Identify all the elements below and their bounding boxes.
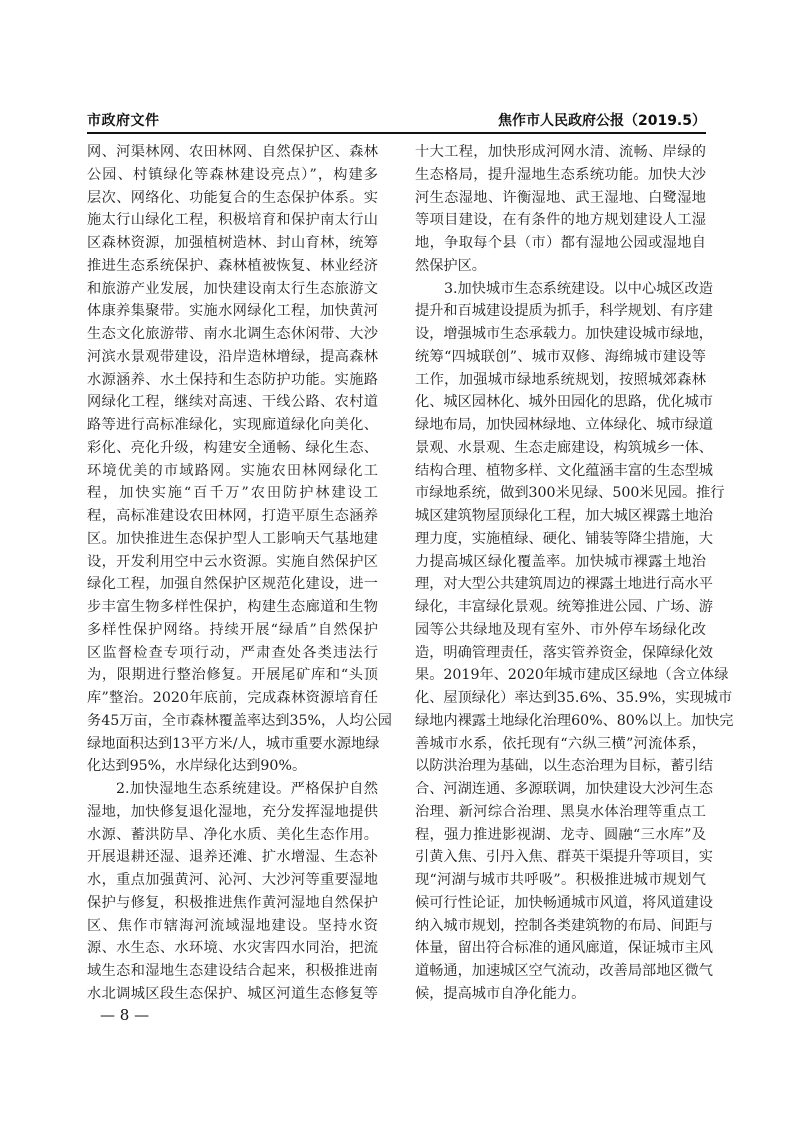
text-line: 湿地，加快修复退化湿地，充分发挥湿地提供: [87, 801, 378, 824]
text-line: 务45万亩，全市森林覆盖率达到35%，人均公园: [87, 710, 378, 733]
text-line: 水源、蓄洪防旱、净化水质、美化生态作用。: [87, 824, 378, 847]
text-line: 环境优美的市域路网。实施农田林网绿化工: [87, 460, 378, 483]
text-line: 化、城区园林化、城外田园化的思路，优化城市: [415, 391, 706, 414]
right-text-column: 十大工程，加快形成河网水清、流畅、岸绿的生态格局，提升湿地生态系统功能。加快大沙…: [415, 141, 706, 1006]
text-line: 多样性保护网络。持续开展“绿盾”自然保护: [87, 619, 378, 642]
text-line: 统筹“四城联创”、城市双修、海绵城市建设等: [415, 346, 706, 369]
page-number: — 8 —: [100, 1006, 149, 1024]
text-line: 候，提高城市自净化能力。: [415, 983, 706, 1006]
text-line: 理，对大型公共建筑周边的裸露土地进行高水平: [415, 573, 706, 596]
text-line: 区、焦作市辖海河流域湿地建设。坚持水资: [87, 915, 378, 938]
text-line: 引黄入焦、引丹入焦、群英干渠提升等项目，实: [415, 846, 706, 869]
text-line: 等项目建设，在有条件的地方规划建设人工湿: [415, 209, 706, 232]
text-line: 水源涵养、水土保持和生态防护功能。实施路: [87, 369, 378, 392]
text-line: 开展退耕还湿、退养还滩、扩水增湿、生态补: [87, 846, 378, 869]
text-line: 步丰富生物多样性保护，构建生态廊道和生物: [87, 596, 378, 619]
text-line: 推进生态系统保护、森林植被恢复、林业经济: [87, 255, 378, 278]
text-line: 区森林资源，加强植树造林、封山育林，统筹: [87, 232, 378, 255]
text-line: 然保护区。: [415, 255, 706, 278]
text-line: 纳入城市规划，控制各类建筑物的布局、间距与: [415, 915, 706, 938]
text-line: 提升和百城建设提质为抓手，科学规划、有序建: [415, 300, 706, 323]
text-line: 造，明确管理责任，落实管养资金，保障绿化效: [415, 642, 706, 665]
text-line: 化达到95%，水岸绿化达到90%。: [87, 755, 378, 778]
text-line: 域生态和湿地生态建设结合起来，积极推进南: [87, 960, 378, 983]
text-line: 治理、新河综合治理、黑臭水体治理等重点工: [415, 801, 706, 824]
text-line: 以防洪治理为基础，以生态治理为目标，蓄引结: [415, 755, 706, 778]
text-line: 施太行山绿化工程，积极培育和保护南太行山: [87, 209, 378, 232]
text-line: 水，重点加强黄河、沁河、大沙河等重要湿地: [87, 869, 378, 892]
text-line: 绿地面积达到13平方米/人，城市重要水源地绿: [87, 733, 378, 756]
text-line: 网绿化工程，继续对高速、干线公路、农村道: [87, 391, 378, 414]
text-line: 绿化，丰富绿化景观。统筹推进公园、广场、游: [415, 596, 706, 619]
text-line: 库”整治。2020年底前，完成森林资源培育任: [87, 687, 378, 710]
text-line: 程，高标准建设农田林网，打造平原生态涵养: [87, 505, 378, 528]
text-line: 道畅通，加速城区空气流动，改善局部地区微气: [415, 960, 706, 983]
text-line: 区。加快推进生态保护型人工影响天气基地建: [87, 528, 378, 551]
text-line: 程，加快实施“百千万”农田防护林建设工: [87, 482, 378, 505]
text-line: 为，限期进行整治修复。开展尾矿库和“头顶: [87, 664, 378, 687]
text-line: 2.加快湿地生态系统建设。严格保护自然: [87, 778, 378, 801]
text-line: 路等进行高标准绿化，实现廊道绿化向美化、: [87, 414, 378, 437]
text-line: 城区建筑物屋顶绿化工程，加大城区裸露土地治: [415, 505, 706, 528]
text-line: 公园、村镇绿化等森林建设亮点）”，构建多: [87, 164, 378, 187]
text-line: 化、屋顶绿化）率达到35.6%、35.9%，实现城市: [415, 687, 706, 710]
text-line: 设，开发利用空中云水资源。实施自然保护区: [87, 551, 378, 574]
text-line: 绿地布局，加快园林绿地、立体绿化、城市绿道: [415, 414, 706, 437]
text-line: 体量，留出符合标准的通风廊道，保证城市主风: [415, 937, 706, 960]
text-line: 河生态湿地、许衡湿地、武王湿地、白鹭湿地: [415, 187, 706, 210]
text-line: 理力度，实施植绿、硬化、铺装等降尘措施，大: [415, 528, 706, 551]
text-line: 保护与修复，积极推进焦作黄河湿地自然保护: [87, 892, 378, 915]
text-line: 河滨水景观带建设，沿岸造林增绿，提高森林: [87, 346, 378, 369]
text-line: 地，争取每个县（市）都有湿地公园或湿地自: [415, 232, 706, 255]
text-line: 彩化、亮化升级，构建安全通畅、绿化生态、: [87, 437, 378, 460]
text-line: 生态格局，提升湿地生态系统功能。加快大沙: [415, 164, 706, 187]
publication-title: 焦作市人民政府公报（2019.5）: [498, 110, 706, 130]
text-line: 善城市水系，依托现有“六纵三横”河流体系，: [415, 733, 706, 756]
text-line: 程，强力推进影视湖、龙寺、圆融“三水库”及: [415, 824, 706, 847]
text-line: 现“河湖与城市共呼吸”。积极推进城市规划气: [415, 869, 706, 892]
left-text-column: 网、河渠林网、农田林网、自然保护区、森林公园、村镇绿化等森林建设亮点）”，构建多…: [87, 141, 378, 1006]
text-line: 力提高城区绿化覆盖率。加快城市裸露土地治: [415, 551, 706, 574]
text-line: 水北调城区段生态保护、城区河道生态修复等: [87, 983, 378, 1006]
text-line: 合、河湖连通、多源联调，加快建设大沙河生态: [415, 778, 706, 801]
text-line: 层次、网络化、功能复合的生态保护体系。实: [87, 187, 378, 210]
text-line: 景观、水景观、生态走廊建设，构筑城乡一体、: [415, 437, 706, 460]
text-line: 果。2019年、2020年城市建成区绿地（含立体绿: [415, 664, 706, 687]
text-line: 绿化工程，加强自然保护区规范化建设，进一: [87, 573, 378, 596]
section-title: 市政府文件: [87, 110, 160, 130]
text-line: 候可行性论证，加快畅通城市风道，将风道建设: [415, 892, 706, 915]
text-line: 源、水生态、水环境、水灾害四水同治，把流: [87, 937, 378, 960]
text-line: 体康养集聚带。实施水网绿化工程，加快黄河: [87, 300, 378, 323]
running-header: 市政府文件 焦作市人民政府公报（2019.5）: [87, 110, 706, 130]
text-line: 生态文化旅游带、南水北调生态休闲带、大沙: [87, 323, 378, 346]
text-line: 园等公共绿地及现有室外、市外停车场绿化改: [415, 619, 706, 642]
text-line: 十大工程，加快形成河网水清、流畅、岸绿的: [415, 141, 706, 164]
text-line: 设，增强城市生态承载力。加快建设城市绿地，: [415, 323, 706, 346]
text-line: 3.加快城市生态系统建设。以中心城区改造: [415, 278, 706, 301]
header-divider: [87, 132, 706, 134]
text-line: 网、河渠林网、农田林网、自然保护区、森林: [87, 141, 378, 164]
text-line: 结构合理、植物多样、文化蕴涵丰富的生态型城: [415, 460, 706, 483]
text-line: 区监督检查专项行动，严肃查处各类违法行: [87, 642, 378, 665]
text-line: 市绿地系统，做到300米见绿、500米见园。推行: [415, 482, 706, 505]
text-line: 绿地内裸露土地绿化治理60%、80%以上。加快完: [415, 710, 706, 733]
text-line: 和旅游产业发展，加快建设南太行生态旅游文: [87, 278, 378, 301]
text-line: 工作，加强城市绿地系统规划，按照城郊森林: [415, 369, 706, 392]
